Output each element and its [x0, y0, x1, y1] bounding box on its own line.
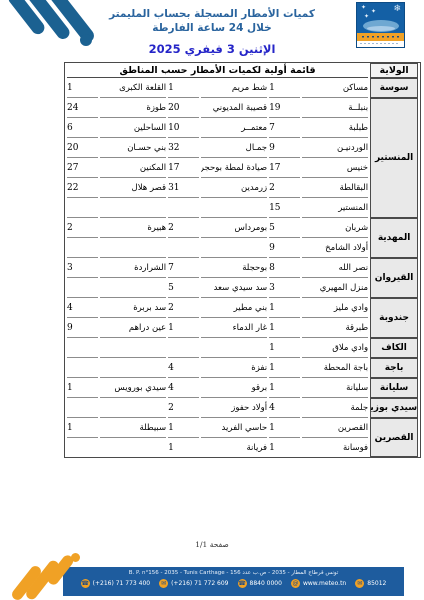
- rain-amount-cell: 1: [269, 378, 300, 398]
- rain-amount-cell: 32: [168, 138, 199, 158]
- phone-icon: ☎: [238, 579, 247, 588]
- rain-amount-cell: 9: [269, 138, 300, 158]
- rain-amount-cell: 1: [269, 298, 300, 318]
- table-row: البقالطة2زرمدين31قصر هلال22: [67, 178, 418, 198]
- governorate-cell: جندوبة: [370, 298, 418, 338]
- station-name-cell: برقو: [201, 378, 267, 398]
- contact-label: 8840 0000: [250, 580, 282, 587]
- station-name-cell: خنيس: [302, 158, 368, 178]
- table-row: القصرينالقصرين1حاسي الفريد1سبيطلة1: [67, 418, 418, 438]
- station-name-cell: مساكن: [302, 78, 368, 98]
- snowflake-icon: ❄: [393, 5, 401, 14]
- rain-amount-cell: 7: [168, 258, 199, 278]
- station-name-cell: المنستير: [302, 198, 368, 218]
- rain-amount-cell: 7: [269, 118, 300, 138]
- rain-amount-cell: 2: [269, 178, 300, 198]
- station-name-cell: غار الدماء: [201, 318, 267, 338]
- rain-amount-cell: 9: [269, 238, 300, 258]
- station-name-cell: شربان: [302, 218, 368, 238]
- rain-amount-cell: 4: [168, 358, 199, 378]
- table-body: سوسةمساكن1شط مريم1القلعة الكبرى1المنستير…: [67, 78, 418, 457]
- station-name-cell: جمـال: [201, 138, 267, 158]
- rain-amount-cell: 4: [269, 398, 300, 418]
- rain-amount-cell: 2: [168, 298, 199, 318]
- rain-amount-cell: 31: [168, 178, 199, 198]
- rain-amount-cell: 4: [168, 378, 199, 398]
- rain-amount-cell: 1: [269, 358, 300, 378]
- station-name-cell: هبيرة: [100, 218, 166, 238]
- page-number: صفحة 1/1: [0, 540, 424, 549]
- inm-stripes-orange-icon: [15, 549, 85, 600]
- table-row: طبرقة1غار الدماء1عين دراهم9: [67, 318, 418, 338]
- rain-amount-cell: [67, 338, 98, 358]
- station-name-cell: [100, 398, 166, 418]
- inm-emblem-icon: ✦ ✦ ✦ ❄: [356, 2, 405, 48]
- rain-amount-cell: 22: [67, 178, 98, 198]
- rain-amount-cell: 5: [269, 218, 300, 238]
- rain-amount-cell: [67, 398, 98, 418]
- station-name-cell: نصر الله: [302, 258, 368, 278]
- station-name-cell: فريانة: [201, 438, 267, 457]
- rain-amount-cell: [168, 338, 199, 358]
- table-row: منزل المهيري3سد سيدي سعد5: [67, 278, 418, 298]
- station-name-cell: سليانة: [302, 378, 368, 398]
- rain-amount-cell: 1: [269, 418, 300, 438]
- station-name-cell: [201, 198, 267, 218]
- rain-amount-cell: 2: [67, 218, 98, 238]
- station-name-cell: الوردنيـن: [302, 138, 368, 158]
- contact-item: ☎(+216) 71 773 400: [81, 579, 150, 588]
- emblem-caption-strip: [357, 41, 404, 47]
- station-name-cell: بومرداس: [201, 218, 267, 238]
- station-name-cell: البقالطة: [302, 178, 368, 198]
- rain-amount-cell: [67, 278, 98, 298]
- rain-amount-cell: 8: [269, 258, 300, 278]
- contact-item: ☎8840 0000: [238, 579, 282, 588]
- rain-amount-cell: 4: [67, 298, 98, 318]
- station-name-cell: القلعة الكبرى: [100, 78, 166, 98]
- rain-amount-cell: 20: [168, 98, 199, 118]
- station-name-cell: جلمة: [302, 398, 368, 418]
- station-name-cell: طبلبة: [302, 118, 368, 138]
- table-row: سيدي بوزيدجلمة4أولاد حفوز2: [67, 398, 418, 418]
- rain-amount-cell: [67, 358, 98, 378]
- station-name-cell: عين دراهم: [100, 318, 166, 338]
- stripe-dot: [71, 553, 80, 562]
- station-name-cell: شط مريم: [201, 78, 267, 98]
- rain-amount-cell: 10: [168, 118, 199, 138]
- rain-amount-cell: 1: [269, 438, 300, 457]
- station-name-cell: طوزة: [100, 98, 166, 118]
- station-name-cell: [100, 198, 166, 218]
- station-name-cell: سد بربرة: [100, 298, 166, 318]
- station-name-cell: [100, 278, 166, 298]
- rain-amount-cell: [168, 198, 199, 218]
- station-name-cell: القصرين: [302, 418, 368, 438]
- footer-banner: B. P. n°156 - 2035 - Tunis Carthage - تو…: [63, 567, 404, 596]
- rain-amount-cell: 9: [67, 318, 98, 338]
- rain-amount-cell: 1: [269, 338, 300, 358]
- rain-amount-cell: 1: [269, 78, 300, 98]
- governorate-cell: الكاف: [370, 338, 418, 358]
- rain-amount-cell: [67, 238, 98, 258]
- rain-amount-cell: 5: [168, 278, 199, 298]
- station-name-cell: منزل المهيري: [302, 278, 368, 298]
- wave-shape: [367, 26, 395, 31]
- rain-amount-cell: [67, 198, 98, 218]
- governorate-column-header: الولاية: [370, 63, 418, 78]
- rain-amount-cell: 1: [168, 438, 199, 457]
- rain-amount-cell: 1: [269, 318, 300, 338]
- governorate-cell: القيروان: [370, 258, 418, 298]
- station-name-cell: [100, 358, 166, 378]
- station-name-cell: الشراردة: [100, 258, 166, 278]
- station-name-cell: سيدي بورويس: [100, 378, 166, 398]
- station-name-cell: بني مطير: [201, 298, 267, 318]
- station-name-cell: قصر هلال: [100, 178, 166, 198]
- table-row: سوسةمساكن1شط مريم1القلعة الكبرى1: [67, 78, 418, 98]
- governorate-cell: القصرين: [370, 418, 418, 457]
- rain-amount-cell: 1: [67, 78, 98, 98]
- station-name-cell: [100, 338, 166, 358]
- footer-address: B. P. n°156 - 2035 - Tunis Carthage - تو…: [63, 570, 404, 577]
- station-name-cell: سد سيدي سعد: [201, 278, 267, 298]
- governorate-cell: المنستير: [370, 98, 418, 218]
- table-row: باجةباجة المحطة1نفزة4: [67, 358, 418, 378]
- rain-amount-cell: 27: [67, 158, 98, 178]
- station-name-cell: صيادة لمطة بوحجر: [201, 158, 267, 178]
- governorate-cell: سوسة: [370, 78, 418, 98]
- station-name-cell: أولاد الشامخ: [302, 238, 368, 258]
- star-icon: ✦: [361, 5, 366, 11]
- table-header-row: الولاية قائمة أولية لكميات الأمطار حسب ا…: [67, 63, 418, 78]
- table-title-header: قائمة أولية لكميات الأمطار حسب المناطق: [67, 63, 368, 78]
- station-name-cell: [201, 238, 267, 258]
- rainfall-report-page: كميات الأمطار المسجلة بحساب المليمتر خلا…: [0, 0, 424, 600]
- rain-amount-cell: 24: [67, 98, 98, 118]
- station-name-cell: نفزة: [201, 358, 267, 378]
- banner-contacts: ☎(+216) 71 773 400✉(+216) 71 772 609☎884…: [63, 579, 404, 588]
- station-name-cell: بنبلــة: [302, 98, 368, 118]
- station-name-cell: [201, 338, 267, 358]
- table-row: فوسانة1فريانة1: [67, 438, 418, 457]
- station-name-cell: حاسي الفريد: [201, 418, 267, 438]
- rain-amount-cell: 15: [269, 198, 300, 218]
- emblem-orange-band: [357, 33, 404, 41]
- table-row: المنستير15: [67, 198, 418, 218]
- station-name-cell: وادي مليز: [302, 298, 368, 318]
- station-name-cell: زرمدين: [201, 178, 267, 198]
- star-icon: ✦: [371, 9, 376, 15]
- table-row: القيرواننصر الله8بوحجلة7الشراردة3: [67, 258, 418, 278]
- contact-label: (+216) 71 772 609: [171, 580, 228, 587]
- contact-label: (+216) 71 773 400: [93, 580, 150, 587]
- station-name-cell: بوحجلة: [201, 258, 267, 278]
- rain-amount-cell: 1: [168, 418, 199, 438]
- station-name-cell: المكنين: [100, 158, 166, 178]
- rain-amount-cell: [67, 438, 98, 457]
- table-row: المنستيربنبلــة19قصيبة المديوني20طوزة24: [67, 98, 418, 118]
- sms-icon: ✉: [355, 579, 364, 588]
- station-name-cell: قصيبة المديوني: [201, 98, 267, 118]
- station-name-cell: سبيطلة: [100, 418, 166, 438]
- governorate-cell: سليانة: [370, 378, 418, 398]
- table-row: سليانةسليانة1برقو4سيدي بورويس1: [67, 378, 418, 398]
- contact-item: ✉85012: [355, 579, 386, 588]
- rain-amount-cell: 1: [67, 378, 98, 398]
- globe-icon: @: [291, 579, 300, 588]
- contact-item: ✉(+216) 71 772 609: [159, 579, 228, 588]
- table-row: الكافوادي ملاق1: [67, 338, 418, 358]
- station-name-cell: [100, 238, 166, 258]
- governorate-cell: سيدي بوزيد: [370, 398, 418, 418]
- station-name-cell: معتمــر: [201, 118, 267, 138]
- table-row: أولاد الشامخ9: [67, 238, 418, 258]
- mail-icon: ✉: [159, 579, 168, 588]
- rain-amount-cell: 19: [269, 98, 300, 118]
- rain-amount-cell: 3: [67, 258, 98, 278]
- station-name-cell: بني حسـان: [100, 138, 166, 158]
- station-name-cell: فوسانة: [302, 438, 368, 457]
- station-name-cell: باجة المحطة: [302, 358, 368, 378]
- rain-amount-cell: 20: [67, 138, 98, 158]
- station-name-cell: وادي ملاق: [302, 338, 368, 358]
- contact-item: @www.meteo.tn: [291, 579, 346, 588]
- contact-label: 85012: [367, 580, 386, 587]
- station-name-cell: الساحلين: [100, 118, 166, 138]
- rain-amount-cell: 6: [67, 118, 98, 138]
- rainfall-table: الولاية قائمة أولية لكميات الأمطار حسب ا…: [64, 62, 407, 458]
- governorate-cell: باجة: [370, 358, 418, 378]
- table-row: طبلبة7معتمــر10الساحلين6: [67, 118, 418, 138]
- rain-amount-cell: [168, 238, 199, 258]
- rain-amount-cell: 17: [269, 158, 300, 178]
- rain-amount-cell: 3: [269, 278, 300, 298]
- rain-amount-cell: 2: [168, 218, 199, 238]
- table-row: الوردنيـن9جمـال32بني حسـان20: [67, 138, 418, 158]
- contact-label: www.meteo.tn: [303, 580, 346, 587]
- station-name-cell: [100, 438, 166, 457]
- table-row: جندوبةوادي مليز1بني مطير2سد بربرة4: [67, 298, 418, 318]
- table-row: خنيس17صيادة لمطة بوحجر17المكنين27: [67, 158, 418, 178]
- table-row: المهديةشربان5بومرداس2هبيرة2: [67, 218, 418, 238]
- rain-amount-cell: 1: [168, 318, 199, 338]
- governorate-cell: المهدية: [370, 218, 418, 258]
- rain-amount-cell: 2: [168, 398, 199, 418]
- station-name-cell: أولاد حفوز: [201, 398, 267, 418]
- station-name-cell: طبرقة: [302, 318, 368, 338]
- rain-amount-cell: 17: [168, 158, 199, 178]
- rain-amount-cell: 1: [168, 78, 199, 98]
- star-icon: ✦: [364, 14, 369, 20]
- rain-amount-cell: 1: [67, 418, 98, 438]
